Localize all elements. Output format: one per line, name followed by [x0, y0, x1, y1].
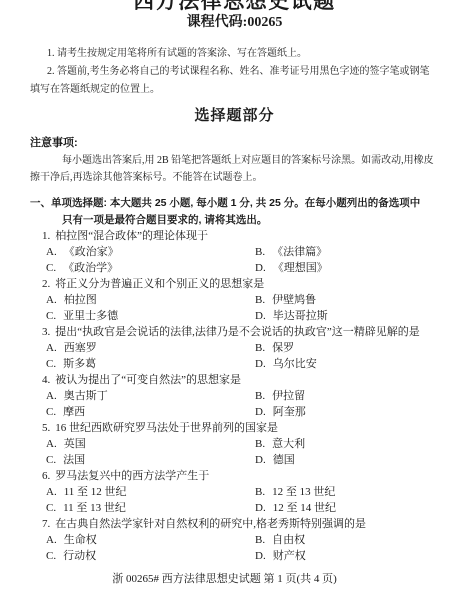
option-a: A.柏拉图 [46, 292, 255, 308]
question-stem-row: 4.被认为提出了“可变自然法”的思想家是 [30, 372, 439, 388]
option-text: 生命权 [64, 534, 97, 546]
option-label: C. [46, 454, 56, 466]
option-b: B.伊壁鸠鲁 [255, 292, 439, 308]
option-d: D.毕达哥拉斯 [255, 308, 439, 324]
option-label: B. [255, 486, 265, 498]
option-text: 柏拉图 [64, 294, 97, 306]
question-stem: 柏拉图“混合政体”的理论体现于 [55, 230, 208, 242]
option-b: B.伊拉留 [255, 388, 439, 404]
option-label: D. [255, 454, 266, 466]
option-label: A. [46, 486, 57, 498]
option-d: D.德国 [255, 452, 439, 468]
option-text: 保罗 [272, 342, 294, 354]
option-label: A. [46, 246, 57, 258]
option-a: A.11 至 12 世纪 [46, 484, 255, 500]
option-text: 《政治家》 [64, 246, 119, 258]
question-item-1: 1.柏拉图“混合政体”的理论体现于 A.《政治家》 B.《法律篇》 C.《政治学… [30, 228, 439, 276]
question-stem: 罗马法复兴中的西方法学产生于 [55, 470, 209, 482]
options-grid: A.柏拉图 B.伊壁鸠鲁 C.亚里士多德 D.毕达哥拉斯 [30, 292, 439, 324]
option-text: 行动权 [63, 550, 96, 562]
option-a: A.生命权 [46, 532, 255, 548]
option-text: 12 至 13 世纪 [272, 486, 335, 498]
question-stem-row: 2.将正义分为普遍正义和个别正义的思想家是 [30, 276, 439, 292]
question-number: 1. [42, 230, 50, 242]
question-number: 2. [42, 278, 50, 290]
question-stem: 16 世纪西欧研究罗马法处于世界前列的国家是 [55, 422, 278, 434]
option-label: A. [46, 438, 57, 450]
question-stem: 被认为提出了“可变自然法”的思想家是 [55, 374, 241, 386]
question-number: 3. [42, 326, 50, 338]
option-label: B. [255, 534, 265, 546]
option-text: 德国 [273, 454, 295, 466]
option-a: A.西塞罗 [46, 340, 255, 356]
option-b: B.自由权 [255, 532, 439, 548]
part-one-header-line-2: 只有一项是最符合题目要求的, 请将其选出。 [30, 212, 439, 229]
option-text: 《理想国》 [273, 262, 328, 274]
option-label: C. [46, 406, 56, 418]
option-c: C.法国 [46, 452, 255, 468]
option-label: C. [46, 262, 56, 274]
option-text: 法国 [63, 454, 85, 466]
part-one-header-line-1: 一、单项选择题: 本大题共 25 小题, 每小题 1 分, 共 25 分。在每小… [30, 195, 439, 212]
option-b: B.12 至 13 世纪 [255, 484, 439, 500]
option-label: B. [255, 342, 265, 354]
question-item-4: 4.被认为提出了“可变自然法”的思想家是 A.奥古斯丁 B.伊拉留 C.摩西 D… [30, 372, 439, 420]
option-text: 财产权 [273, 550, 306, 562]
notice-body: 每小题选出答案后,用 2B 铅笔把答题纸上对应题目的答案标号涂黑。如需改动,用橡… [30, 152, 439, 186]
question-number: 4. [42, 374, 50, 386]
option-text: 《法律篇》 [272, 246, 327, 258]
part-one-header: 一、单项选择题: 本大题共 25 小题, 每小题 1 分, 共 25 分。在每小… [30, 195, 439, 228]
option-text: 阿奎那 [273, 406, 306, 418]
option-d: D.阿奎那 [255, 404, 439, 420]
option-b: B.保罗 [255, 340, 439, 356]
option-text: 摩西 [63, 406, 85, 418]
question-stem-row: 6.罗马法复兴中的西方法学产生于 [30, 468, 439, 484]
option-text: 伊拉留 [272, 390, 305, 402]
option-label: A. [46, 342, 57, 354]
question-item-7: 7.在古典自然法学家针对自然权利的研究中,格老秀斯特别强调的是 A.生命权 B.… [30, 516, 439, 564]
option-text: 意大利 [272, 438, 305, 450]
option-d: D.乌尔比安 [255, 356, 439, 372]
question-stem-row: 7.在古典自然法学家针对自然权利的研究中,格老秀斯特别强调的是 [30, 516, 439, 532]
option-b: B.意大利 [255, 436, 439, 452]
option-label: B. [255, 438, 265, 450]
question-item-6: 6.罗马法复兴中的西方法学产生于 A.11 至 12 世纪 B.12 至 13 … [30, 468, 439, 516]
option-d: D.财产权 [255, 548, 439, 564]
question-stem: 将正义分为普遍正义和个别正义的思想家是 [55, 278, 264, 290]
option-c: C.摩西 [46, 404, 255, 420]
question-item-5: 5.16 世纪西欧研究罗马法处于世界前列的国家是 A.英国 B.意大利 C.法国… [30, 420, 439, 468]
top-notice-line-1: 1. 请考生按规定用笔将所有试题的答案涂、写在答题纸上。 [30, 45, 439, 63]
option-c: C.《政治学》 [46, 260, 255, 276]
option-text: 自由权 [272, 534, 305, 546]
question-stem-row: 5.16 世纪西欧研究罗马法处于世界前列的国家是 [30, 420, 439, 436]
option-d: D.《理想国》 [255, 260, 439, 276]
option-label: D. [255, 310, 266, 322]
top-notice-line-2: 2. 答题前,考生务必将自己的考试课程名称、姓名、准考证号用黑色字迹的签字笔或钢… [30, 63, 439, 81]
exam-title: 西方法律思想史试题 [30, 0, 439, 14]
option-text: 亚里士多德 [63, 310, 118, 322]
top-notice-line-3: 填写在答题纸规定的位置上。 [30, 81, 439, 99]
option-label: C. [46, 550, 56, 562]
option-text: 11 至 12 世纪 [64, 486, 127, 498]
option-label: D. [255, 262, 266, 274]
option-text: 11 至 13 世纪 [63, 502, 126, 514]
question-stem-row: 3.提出“执政官是会说话的法律,法律乃是不会说话的执政官”这一精辟见解的是 [30, 324, 439, 340]
question-number: 5. [42, 422, 50, 434]
question-item-3: 3.提出“执政官是会说话的法律,法律乃是不会说话的执政官”这一精辟见解的是 A.… [30, 324, 439, 372]
option-a: A.《政治家》 [46, 244, 255, 260]
course-code: 课程代码:00265 [30, 14, 439, 32]
options-grid: A.《政治家》 B.《法律篇》 C.《政治学》 D.《理想国》 [30, 244, 439, 276]
option-label: C. [46, 310, 56, 322]
option-label: D. [255, 550, 266, 562]
option-text: 英国 [64, 438, 86, 450]
section-title: 选择题部分 [30, 106, 439, 126]
options-grid: A.西塞罗 B.保罗 C.斯多葛 D.乌尔比安 [30, 340, 439, 372]
option-c: C.11 至 13 世纪 [46, 500, 255, 516]
option-text: 毕达哥拉斯 [273, 310, 328, 322]
question-number: 7. [42, 518, 50, 530]
option-label: C. [46, 358, 56, 370]
option-text: 乌尔比安 [273, 358, 317, 370]
options-grid: A.11 至 12 世纪 B.12 至 13 世纪 C.11 至 13 世纪 D… [30, 484, 439, 516]
options-grid: A.英国 B.意大利 C.法国 D.德国 [30, 436, 439, 468]
option-text: 奥古斯丁 [64, 390, 108, 402]
option-c: C.斯多葛 [46, 356, 255, 372]
option-label: B. [255, 390, 265, 402]
option-text: 伊壁鸠鲁 [272, 294, 316, 306]
option-label: B. [255, 294, 265, 306]
option-a: A.奥古斯丁 [46, 388, 255, 404]
options-grid: A.奥古斯丁 B.伊拉留 C.摩西 D.阿奎那 [30, 388, 439, 420]
notice-line-2: 擦干净后,再选涂其他答案标号。不能答在试题卷上。 [30, 169, 439, 186]
option-label: C. [46, 502, 56, 514]
option-text: 斯多葛 [63, 358, 96, 370]
option-label: D. [255, 502, 266, 514]
option-label: D. [255, 358, 266, 370]
question-number: 6. [42, 470, 50, 482]
option-d: D.12 至 14 世纪 [255, 500, 439, 516]
exam-page: 西方法律思想史试题 课程代码:00265 1. 请考生按规定用笔将所有试题的答案… [0, 0, 449, 564]
option-text: 12 至 14 世纪 [273, 502, 336, 514]
option-a: A.英国 [46, 436, 255, 452]
options-grid: A.生命权 B.自由权 C.行动权 D.财产权 [30, 532, 439, 564]
option-label: A. [46, 534, 57, 546]
option-text: 《政治学》 [63, 262, 118, 274]
option-c: C.行动权 [46, 548, 255, 564]
option-b: B.《法律篇》 [255, 244, 439, 260]
option-label: A. [46, 390, 57, 402]
page-footer: 浙 00265# 西方法律思想史试题 第 1 页(共 4 页) [0, 572, 449, 587]
question-item-2: 2.将正义分为普遍正义和个别正义的思想家是 A.柏拉图 B.伊壁鸠鲁 C.亚里士… [30, 276, 439, 324]
question-stem-row: 1.柏拉图“混合政体”的理论体现于 [30, 228, 439, 244]
question-stem: 提出“执政官是会说话的法律,法律乃是不会说话的执政官”这一精辟见解的是 [55, 326, 420, 338]
option-c: C.亚里士多德 [46, 308, 255, 324]
notice-line-1: 每小题选出答案后,用 2B 铅笔把答题纸上对应题目的答案标号涂黑。如需改动,用橡… [30, 152, 439, 169]
option-label: A. [46, 294, 57, 306]
top-notices: 1. 请考生按规定用笔将所有试题的答案涂、写在答题纸上。 2. 答题前,考生务必… [30, 45, 439, 99]
option-label: B. [255, 246, 265, 258]
question-stem: 在古典自然法学家针对自然权利的研究中,格老秀斯特别强调的是 [55, 518, 366, 530]
option-label: D. [255, 406, 266, 418]
notice-heading: 注意事项: [30, 135, 439, 152]
option-text: 西塞罗 [64, 342, 97, 354]
